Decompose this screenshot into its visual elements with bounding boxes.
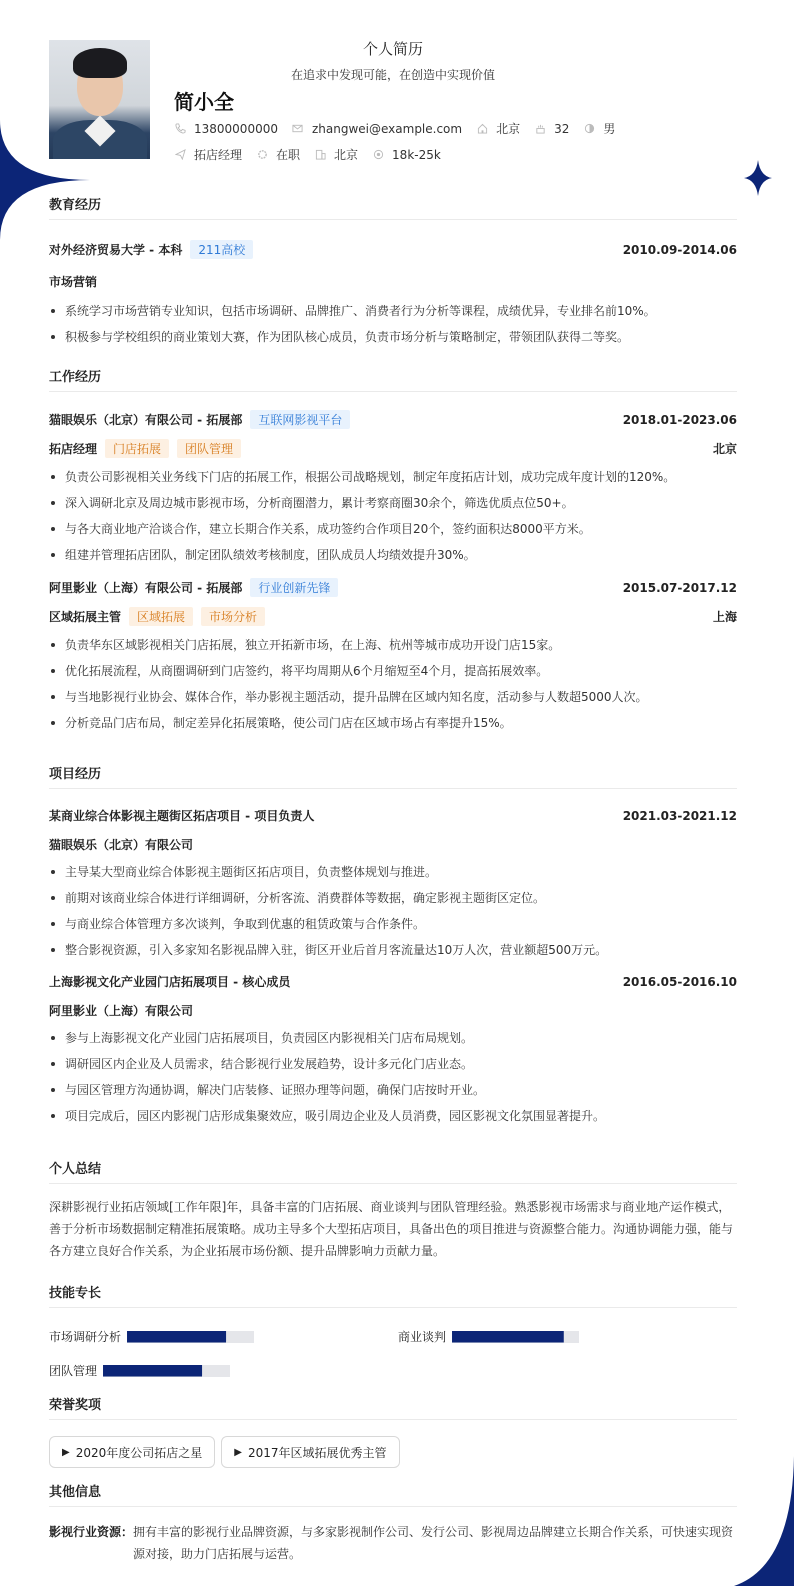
projects-section: 项目经历 某商业综合体影视主题街区拓店项目 - 项目负责人 2021.03-20… [49,763,737,1129]
skills-list: 市场调研分析 商业谈判 团队管理 [49,1322,737,1386]
list-item: 负责华东区域影视相关门店拓展，独立开拓新市场，在上海、杭州等城市成功开设门店15… [49,632,737,658]
list-item: 组建并管理拓店团队，制定团队绩效考核制度，团队成员人均绩效提升30%。 [49,542,737,568]
triangle-right-icon: ▶ [62,1447,70,1458]
skill-bar [452,1331,579,1343]
other-info-section: 其他信息 影视行业资源： 拥有丰富的影视行业品牌资源，与多家影视制作公司、发行公… [49,1481,737,1565]
email-info: zhangwei@example.com [292,122,462,136]
section-title: 荣誉奖项 [49,1394,737,1420]
work-entry-header: 阿里影业（上海）有限公司 - 拓展部 行业创新先锋 2015.07-2017.1… [49,578,737,597]
major: 市场营销 [49,273,97,290]
education-bullets: 系统学习市场营销专业知识，包括市场调研、品牌推广、消费者行为分析等课程，成绩优异… [49,298,737,350]
project-entry-header: 上海影视文化产业园门店拓展项目 - 核心成员 2016.05-2016.10 [49,973,737,990]
triangle-right-icon: ▶ [234,1447,242,1458]
home-icon [476,123,488,135]
project-name: 某商业综合体影视主题街区拓店项目 - 项目负责人 [49,807,314,824]
other-info-label: 影视行业资源： [49,1521,133,1565]
list-item: 与商业综合体管理方多次谈判，争取到优惠的租赁政策与合作条件。 [49,911,737,937]
project-date: 2021.03-2021.12 [623,809,737,823]
project-name: 上海影视文化产业园门店拓展项目 - 核心成员 [49,973,290,990]
role-tag: 门店拓展 [105,439,169,458]
company-name: 阿里影业（上海）有限公司 - 拓展部 [49,579,242,596]
candidate-name: 简小全 [174,86,234,115]
document-subtitle: 在追求中发现可能，在创造中实现价值 [49,66,737,83]
list-item: 负责公司影视相关业务线下门店的拓展工作，根据公司战略规划，制定年度拓店计划，成功… [49,464,737,490]
age-info: 32 [534,122,569,136]
contact-info-row: 13800000000 zhangwei@example.com 北京 32 [174,120,629,137]
section-title: 工作经历 [49,366,737,392]
role-tag: 团队管理 [177,439,241,458]
work-role-row: 区域拓展主管 区域拓展 市场分析 上海 [49,607,737,626]
school-tag: 211高校 [190,240,253,259]
education-section: 教育经历 对外经济贸易大学 - 本科 211高校 2010.09-2014.06… [49,194,737,350]
summary-section: 个人总结 深耕影视行业拓店领域[工作年限]年，具备丰富的门店拓展、商业谈判与团队… [49,1158,737,1262]
phone-info: 13800000000 [174,122,278,136]
section-title: 其他信息 [49,1481,737,1507]
list-item: 前期对该商业综合体进行详细调研，分析客流、消费群体等数据，确定影视主题街区定位。 [49,885,737,911]
school-name: 对外经济贸易大学 - 本科 [49,241,182,258]
work-bullets: 负责华东区域影视相关门店拓展，独立开拓新市场，在上海、杭州等城市成功开设门店15… [49,632,737,736]
section-title: 个人总结 [49,1158,737,1184]
other-info-item: 影视行业资源： 拥有丰富的影视行业品牌资源，与多家影视制作公司、发行公司、影视周… [49,1521,737,1565]
resume-header: 个人简历 在追求中发现可能，在创造中实现价值 简小全 13800000000 z… [49,0,737,190]
list-item: 参与上海影视文化产业园门店拓展项目，负责园区内影视相关门店布局规划。 [49,1025,737,1051]
status-icon [256,149,268,161]
education-date: 2010.09-2014.06 [623,243,737,257]
skill-bar [103,1365,230,1377]
skill-item: 商业谈判 [398,1328,579,1345]
skill-name: 市场调研分析 [49,1328,121,1345]
work-entry-header: 猫眼娱乐（北京）有限公司 - 拓展部 互联网影视平台 2018.01-2023.… [49,410,737,429]
other-info-value: 拥有丰富的影视行业品牌资源，与多家影视制作公司、发行公司、影视周边品牌建立长期合… [133,1521,737,1565]
list-item: 系统学习市场营销专业知识，包括市场调研、品牌推广、消费者行为分析等课程，成绩优异… [49,298,737,324]
project-bullets: 主导某大型商业综合体影视主题街区拓店项目，负责整体规划与推进。 前期对该商业综合… [49,859,737,963]
job-role: 区域拓展主管 [49,608,121,625]
gender-info: 男 [583,120,615,137]
work-section: 工作经历 猫眼娱乐（北京）有限公司 - 拓展部 互联网影视平台 2018.01-… [49,366,737,736]
company-name: 猫眼娱乐（北京）有限公司 - 拓展部 [49,411,242,428]
award-chip: ▶ 2017年区域拓展优秀主管 [221,1436,399,1468]
awards-section: 荣誉奖项 ▶ 2020年度公司拓店之星 ▶ 2017年区域拓展优秀主管 [49,1394,737,1468]
company-tag: 互联网影视平台 [250,410,350,429]
work-bullets: 负责公司影视相关业务线下门店的拓展工作，根据公司战略规划，制定年度拓店计划，成功… [49,464,737,568]
summary-text: 深耕影视行业拓店领域[工作年限]年，具备丰富的门店拓展、商业谈判与团队管理经验。… [49,1196,737,1262]
skill-name: 团队管理 [49,1362,97,1379]
list-item: 主导某大型商业综合体影视主题街区拓店项目，负责整体规划与推进。 [49,859,737,885]
expected-salary-info: 18k-25k [372,148,441,162]
target-city-info: 北京 [314,146,358,163]
work-date: 2015.07-2017.12 [623,581,737,595]
list-item: 与园区管理方沟通协调，解决门店装修、证照办理等问题，确保门店按时开业。 [49,1077,737,1103]
skill-name: 商业谈判 [398,1328,446,1345]
work-location: 上海 [713,608,737,625]
company-tag: 行业创新先锋 [250,578,338,597]
list-item: 整合影视资源，引入多家知名影视品牌入驻，街区开业后首月客流量达10万人次，营业额… [49,937,737,963]
list-item: 优化拓展流程，从商圈调研到门店签约，将平均周期从6个月缩短至4个月，提高拓展效率… [49,658,737,684]
employment-status-info: 在职 [256,146,300,163]
list-item: 深入调研北京及周边城市影视市场，分析商圈潜力，累计考察商圈30余个，筛选优质点位… [49,490,737,516]
send-icon [174,149,186,161]
list-item: 分析竞品门店布局，制定差异化拓展策略，使公司门店在区域市场占有率提升15%。 [49,710,737,736]
skill-item: 团队管理 [49,1362,230,1379]
section-title: 技能专长 [49,1282,737,1308]
salary-icon [372,149,384,161]
project-date: 2016.05-2016.10 [623,975,737,989]
awards-list: ▶ 2020年度公司拓店之星 ▶ 2017年区域拓展优秀主管 [49,1436,737,1468]
building-icon [314,149,326,161]
work-date: 2018.01-2023.06 [623,413,737,427]
list-item: 积极参与学校组织的商业策划大赛，作为团队核心成员，负责市场分析与策略制定，带领团… [49,324,737,350]
phone-icon [174,123,186,135]
project-bullets: 参与上海影视文化产业园门店拓展项目，负责园区内影视相关门店布局规划。 调研园区内… [49,1025,737,1129]
residence-info: 北京 [476,120,520,137]
section-title: 项目经历 [49,763,737,789]
target-position-info: 拓店经理 [174,146,242,163]
education-entry-header: 对外经济贸易大学 - 本科 211高校 2010.09-2014.06 [49,240,737,259]
list-item: 调研园区内企业及人员需求，结合影视行业发展趋势，设计多元化门店业态。 [49,1051,737,1077]
document-title: 个人简历 [49,38,737,59]
sparkle-star-icon [744,160,772,196]
job-role: 拓店经理 [49,440,97,457]
list-item: 项目完成后，园区内影视门店形成集聚效应，吸引周边企业及人员消费，园区影视文化氛围… [49,1103,737,1129]
job-info-row: 拓店经理 在职 北京 18k-25k [174,146,455,163]
project-company: 阿里影业（上海）有限公司 [49,1002,193,1019]
work-location: 北京 [713,440,737,457]
project-entry-header: 某商业综合体影视主题街区拓店项目 - 项目负责人 2021.03-2021.12 [49,807,737,824]
decorative-corner-shape-bottom-right [734,1456,794,1586]
resume-page: 个人简历 在追求中发现可能，在创造中实现价值 简小全 13800000000 z… [49,0,737,190]
skill-bar [127,1331,254,1343]
award-chip: ▶ 2020年度公司拓店之星 [49,1436,215,1468]
list-item: 与各大商业地产洽谈合作，建立长期合作关系，成功签约合作项目20个，签约面积达80… [49,516,737,542]
mail-icon [292,123,304,135]
section-title: 教育经历 [49,194,737,220]
skill-item: 市场调研分析 [49,1328,254,1345]
work-role-row: 拓店经理 门店拓展 团队管理 北京 [49,439,737,458]
role-tag: 区域拓展 [129,607,193,626]
project-company: 猫眼娱乐（北京）有限公司 [49,836,193,853]
gender-icon [583,123,595,135]
list-item: 与当地影视行业协会、媒体合作，举办影视主题活动，提升品牌在区域内知名度，活动参与… [49,684,737,710]
role-tag: 市场分析 [201,607,265,626]
skills-section: 技能专长 市场调研分析 商业谈判 团队管理 [49,1282,737,1386]
age-icon [534,123,546,135]
